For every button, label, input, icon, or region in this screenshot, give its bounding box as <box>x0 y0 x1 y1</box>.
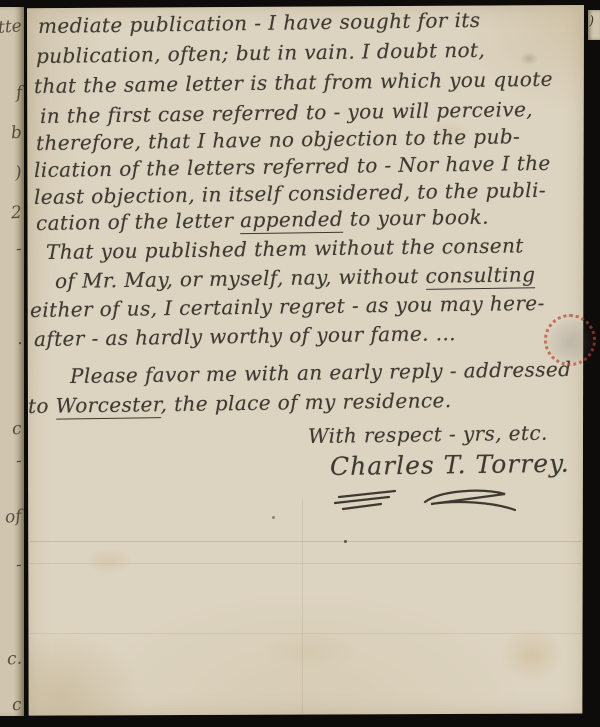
letter-line: of Mr. May, or myself, nay, without cons… <box>55 262 536 293</box>
wax-seal-imprint <box>544 314 596 366</box>
adjacent-page-corner: ) <box>588 10 600 40</box>
letter-line: Please favor me with an early reply - ad… <box>70 357 572 388</box>
letter-line: to Worcester, the place of my residence. <box>28 388 452 418</box>
letter-line: either of us, I certainly regret - as yo… <box>30 291 545 322</box>
letter-line: therefore, that I have no objection to t… <box>36 124 520 155</box>
signature-flourish <box>333 486 523 516</box>
letter-line: after - as hardly worthy of your fame. .… <box>34 321 456 351</box>
letter-line: lication of the letters referred to - No… <box>34 151 551 182</box>
letter-body: mediate publication - I have sought for … <box>0 0 600 727</box>
corner-ink-mark: ) <box>589 14 594 29</box>
letter-line: cation of the letter appended to your bo… <box>36 205 489 235</box>
letter-line: mediate publication - I have sought for … <box>38 8 481 38</box>
letter-scan: ttefb)2-.c-of-c.c mediate publication - … <box>0 0 600 727</box>
letter-line: With respect - yrs, etc. <box>308 421 548 448</box>
letter-line: That you published them without the cons… <box>46 233 524 264</box>
letter-line: in the first case referred to - you will… <box>40 97 533 128</box>
letter-line: publication, often; but in vain. I doubt… <box>36 38 485 68</box>
signature-line: Charles T. Torrey. <box>330 449 570 481</box>
letter-line: that the same letter is that from which … <box>34 67 553 98</box>
